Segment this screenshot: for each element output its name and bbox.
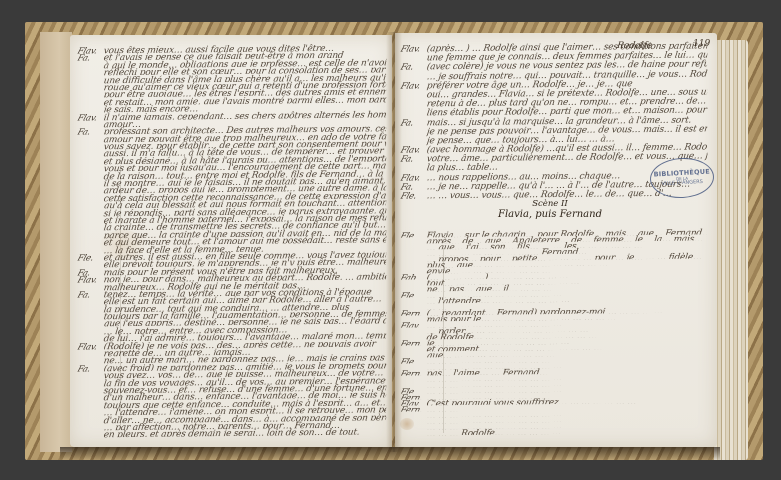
speaker-abbreviation: Fa. — [77, 54, 105, 62]
speaker-abbreviation: Flav. — [77, 113, 105, 121]
book-gutter — [386, 32, 402, 452]
page-bottom-shadow — [60, 447, 720, 461]
speaker-abbreviation: Fa. — [400, 63, 428, 72]
line-text: en pleurs, et après demain je serai… loi… — [103, 428, 387, 439]
scene-number: Scène II — [475, 199, 625, 209]
manuscript-scan: Flav.vous êtes mieux… aussi facile que v… — [0, 0, 781, 480]
right-page-text-bottom: Fle.Flavia… sur le chagrin… pour Rodolfe… — [395, 230, 717, 434]
left-page: Flav.vous êtes mieux… aussi facile que v… — [70, 35, 392, 447]
speaker-abbreviation: Flav. — [400, 81, 428, 90]
scene-title: Flavia, puis Fernand — [475, 209, 625, 220]
left-endpaper — [40, 32, 72, 452]
speaker-abbreviation: Fle. — [400, 191, 428, 200]
manuscript-line: en pleurs, et après demain je serai… loi… — [77, 428, 386, 439]
speaker-abbreviation: Fa. — [400, 118, 428, 127]
speaker-abbreviation: Flav. — [400, 173, 428, 182]
page-fore-edges — [714, 40, 748, 460]
right-page: Rodolfe 119 Flav.(après… ) … Rodolfe ain… — [395, 33, 717, 447]
speaker-abbreviation: Fa. — [77, 128, 105, 136]
speaker-abbreviation: Fa. — [400, 182, 428, 191]
stamp-line-3: VILLE D'ANGERS — [662, 180, 704, 187]
speaker-abbreviation: Flav. — [77, 275, 105, 283]
scene-heading: Scène II Flavia, puis Fernand — [475, 199, 625, 220]
left-page-text: Flav.vous êtes mieux… aussi facile que v… — [70, 45, 392, 437]
